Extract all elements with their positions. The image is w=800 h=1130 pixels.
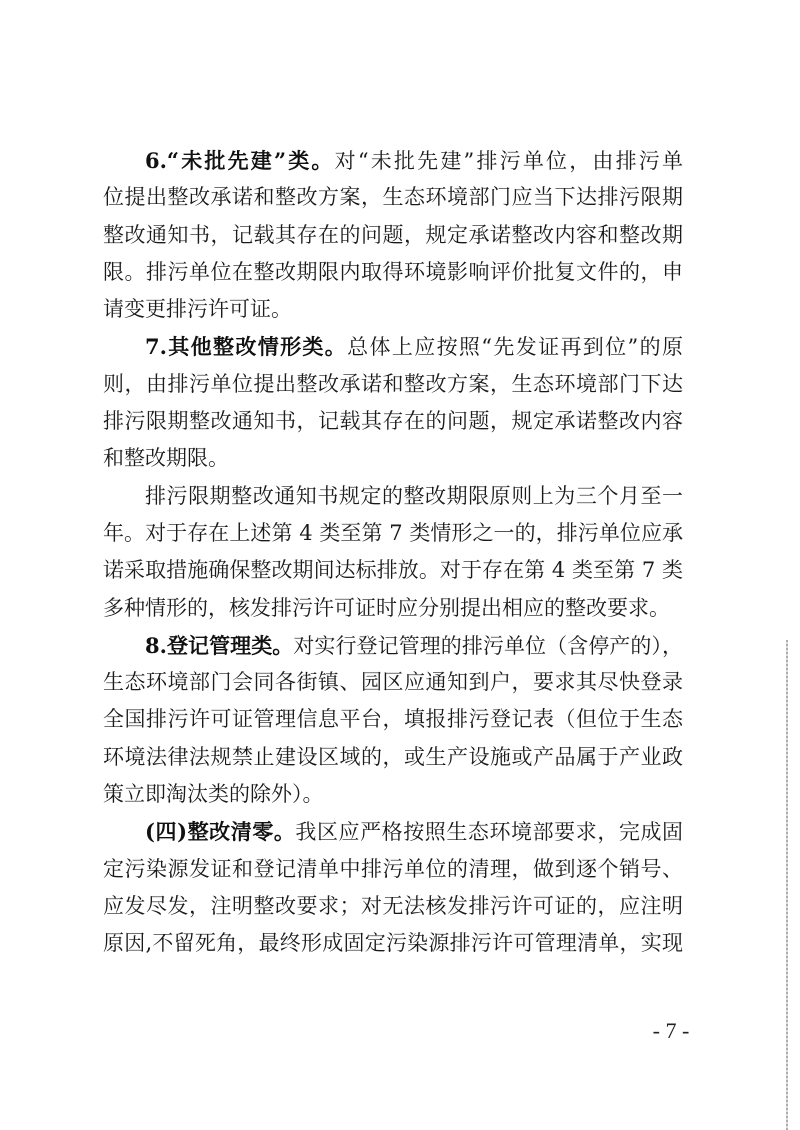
paragraph-6-line-5: 请变更排污许可证。 bbox=[103, 291, 683, 328]
paragraph-7-line-1: 7.其他整改情形类。总体上应按照“先发证再到位”的原 bbox=[103, 328, 683, 365]
page-number: - 7 - bbox=[636, 1018, 706, 1044]
paragraph-deadline-line-4: 多种情形的，核发排污许可证时应分别提出相应的整改要求。 bbox=[103, 590, 683, 627]
paragraph-deadline-line-3: 诺采取措施确保整改期间达标排放。对于存在第 4 类至第 7 类 bbox=[103, 552, 683, 589]
heading-7-other-rectification: 7.其他整改情形类。 bbox=[145, 334, 347, 359]
section-4-line-1: (四)整改清零。我区应严格按照生态环境部要求，完成固 bbox=[103, 813, 683, 850]
paragraph-6-line-4: 限。排污单位在整改期限内取得环境影响评价批复文件的，申 bbox=[103, 254, 683, 291]
body-text: 6.“未批先建”类。对“未批先建”排污单位，由排污单 位提出整改承诺和整改方案，… bbox=[103, 142, 683, 963]
paragraph-8-line-1: 8.登记管理类。对实行登记管理的排污单位（含停产的）， bbox=[103, 627, 683, 664]
paragraph-7-line-2: 则，由排污单位提出整改承诺和整改方案，生态环境部门下达 bbox=[103, 366, 683, 403]
scan-edge-line bbox=[786, 640, 788, 1130]
paragraph-6-line-2: 位提出整改承诺和整改方案，生态环境部门应当下达排污限期 bbox=[103, 179, 683, 216]
paragraph-deadline-line-2: 年。对于存在上述第 4 类至第 7 类情形之一的，排污单位应承 bbox=[103, 515, 683, 552]
heading-8-registration: 8.登记管理类。 bbox=[145, 633, 293, 658]
paragraph-8-line-5: 策立即淘汰类的除外）。 bbox=[103, 776, 683, 813]
paragraph-7-line-3: 排污限期整改通知书，记载其存在的问题，规定承诺整改内容 bbox=[103, 403, 683, 440]
heading-6-unapproved-construction: 6.“未批先建”类。 bbox=[145, 148, 335, 173]
section-4-line-4: 原因,不留死角，最终形成固定污染源排污许可管理清单，实现 bbox=[103, 925, 683, 962]
paragraph-8-line-2: 生态环境部门会同各街镇、园区应通知到户，要求其尽快登录 bbox=[103, 664, 683, 701]
section-4-line-3: 应发尽发，注明整改要求；对无法核发排污许可证的，应注明 bbox=[103, 888, 683, 925]
paragraph-6-line-3: 整改通知书，记载其存在的问题，规定承诺整改内容和整改期 bbox=[103, 217, 683, 254]
section-4-line-2: 定污染源发证和登记清单中排污单位的清理，做到逐个销号、 bbox=[103, 851, 683, 888]
paragraph-6-line-1: 6.“未批先建”类。对“未批先建”排污单位，由排污单 bbox=[103, 142, 683, 179]
paragraph-7-line-4: 和整改期限。 bbox=[103, 440, 683, 477]
paragraph-deadline-line-1: 排污限期整改通知书规定的整改期限原则上为三个月至一 bbox=[103, 478, 683, 515]
document-page: 6.“未批先建”类。对“未批先建”排污单位，由排污单 位提出整改承诺和整改方案，… bbox=[0, 0, 800, 1130]
paragraph-8-line-4: 环境法律法规禁止建设区域的，或生产设施或产品属于产业政 bbox=[103, 739, 683, 776]
paragraph-8-line-3: 全国排污许可证管理信息平台，填报排污登记表（但位于生态 bbox=[103, 701, 683, 738]
heading-section-4-clearance: (四)整改清零。 bbox=[145, 819, 295, 844]
